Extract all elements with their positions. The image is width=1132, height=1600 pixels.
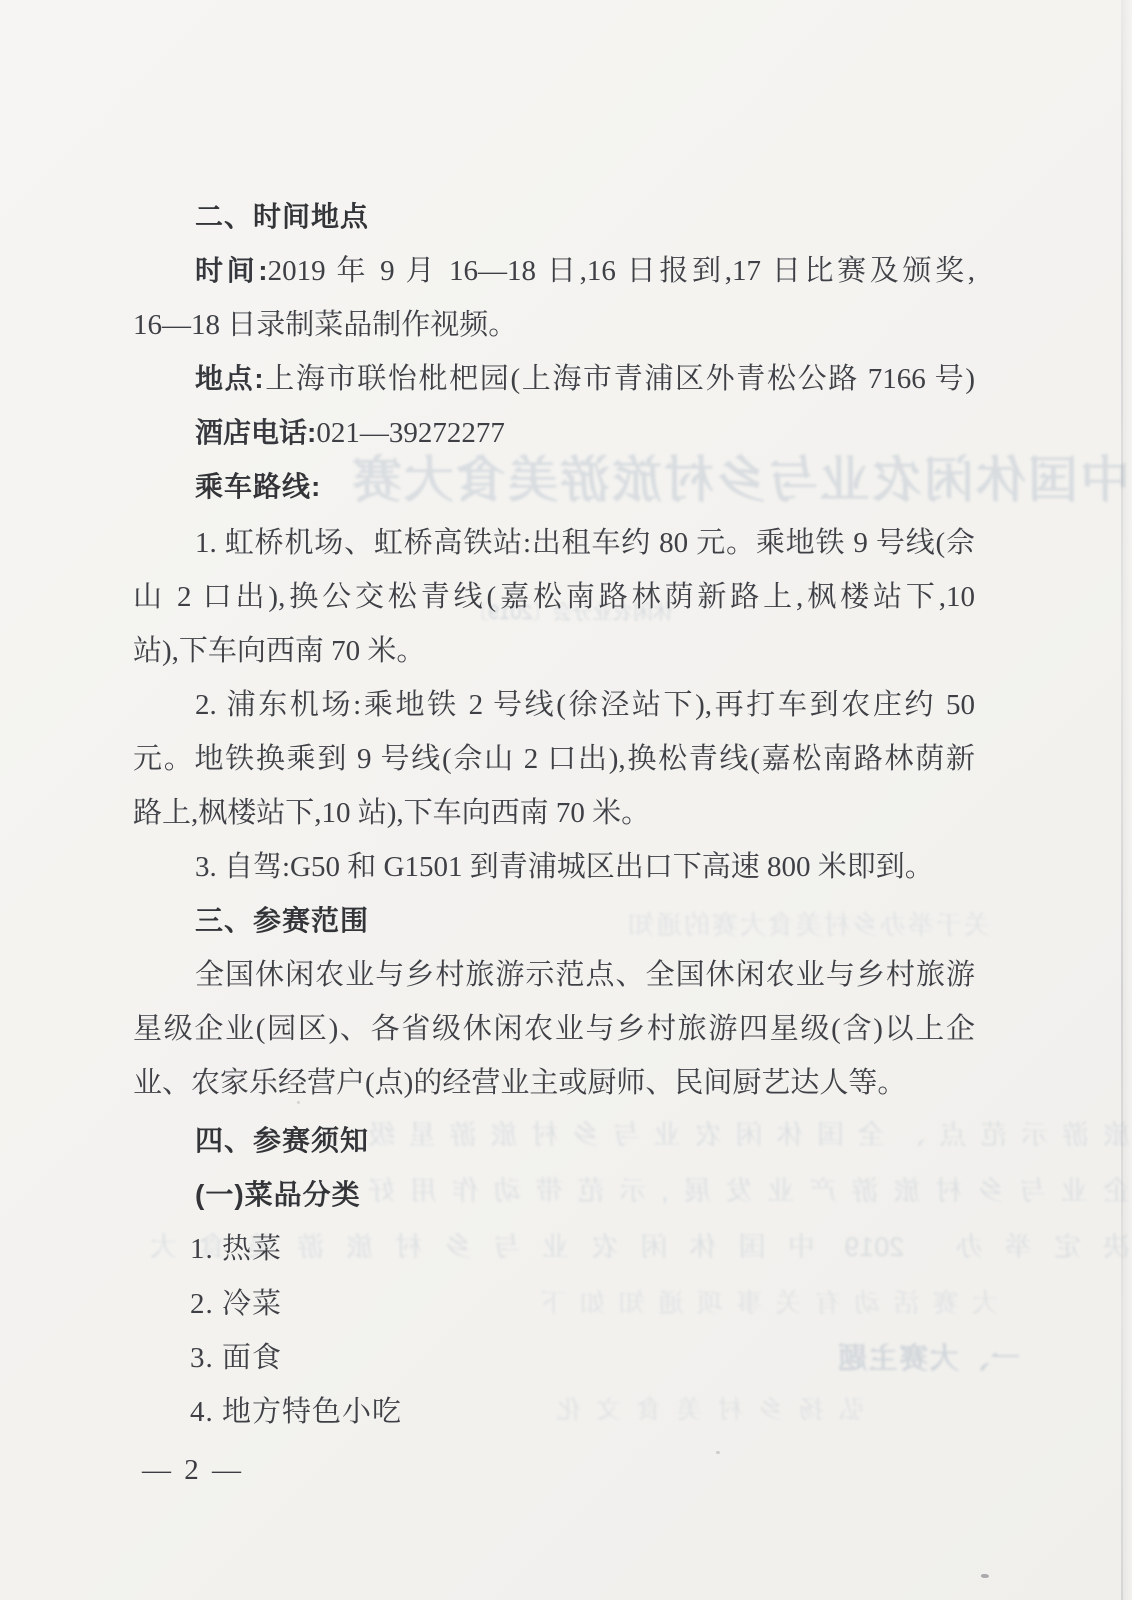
ghost-line-1: 关于举办乡村美食大赛的通知 bbox=[628, 908, 990, 943]
ghost-line-4: 决定举办 2019 中国休闲农业与乡村旅游美食大 bbox=[150, 1230, 1130, 1266]
scan-speck bbox=[981, 1574, 989, 1578]
line-route1-3: 站),下车向西南 70 米。 bbox=[133, 632, 975, 672]
line-scope-2: 星级企业(园区)、各省级休闲农业与乡村旅游四星级(含)以上企 bbox=[133, 1010, 975, 1050]
scan-speck bbox=[716, 1451, 720, 1454]
ghost-line-5: 大赛活动有关事项通知如下 bbox=[540, 1286, 998, 1321]
heading-sub-1: (一)菜品分类 bbox=[195, 1176, 361, 1216]
heading-section-3: 三、参赛范围 bbox=[195, 902, 369, 942]
list-item-1: 1. 热菜 bbox=[190, 1230, 282, 1270]
ghost-title: 中国休闲农业与乡村旅游美食大赛 bbox=[352, 448, 1130, 516]
heading-section-4: 四、参赛须知 bbox=[195, 1122, 369, 1162]
ghost-line-6: 弘扬乡村美食文化 bbox=[556, 1394, 864, 1428]
line-phone: 酒店电话:021—39272277 bbox=[133, 414, 975, 454]
list-item-3: 3. 面食 bbox=[190, 1339, 282, 1379]
page-edge-shadow bbox=[1123, 0, 1132, 1600]
line-time-1-label: 时间: bbox=[195, 255, 268, 286]
ghost-line-2: 旅游示范点、全国休闲农业与乡村旅游星级 bbox=[368, 1118, 1130, 1154]
line-scope-1: 全国休闲农业与乡村旅游示范点、全国休闲农业与乡村旅游 bbox=[133, 956, 975, 996]
line-venue-label: 地点: bbox=[195, 363, 264, 394]
list-item-2: 2. 冷菜 bbox=[190, 1285, 282, 1325]
heading-route: 乘车路线: bbox=[195, 468, 321, 508]
line-route1-2: 山 2 口出),换公交松青线(嘉松南路林荫新路上,枫楼站下,10 bbox=[133, 578, 975, 618]
page-number: — 2 — bbox=[142, 1454, 244, 1487]
ghost-heading: 一、大赛主题 bbox=[838, 1340, 1020, 1379]
line-route2-3: 路上,枫楼站下,10 站),下车向西南 70 米。 bbox=[133, 794, 975, 834]
line-venue: 地点:上海市联怡枇杷园(上海市青浦区外青松公路 7166 号) bbox=[133, 360, 975, 400]
scanned-document-page: 中国休闲农业与乡村旅游美食大赛休闲农业分会〔2019〕11号关于举办乡村美食大赛… bbox=[0, 0, 1132, 1600]
line-route2-2: 元。地铁换乘到 9 号线(佘山 2 口出),换松青线(嘉松南路林荫新 bbox=[133, 740, 975, 780]
ghost-line-3: 企业与乡村旅游产业发展,示范带动作用好 bbox=[368, 1174, 1130, 1210]
line-route2-1: 2. 浦东机场:乘地铁 2 号线(徐泾站下),再打车到农庄约 50 bbox=[133, 686, 975, 726]
line-scope-3: 业、农家乐经营户(点)的经营业主或厨师、民间厨艺达人等。 bbox=[133, 1064, 975, 1104]
heading-section-2: 二、时间地点 bbox=[195, 198, 369, 238]
list-item-4: 4. 地方特色小吃 bbox=[190, 1393, 402, 1433]
line-time-1: 时间:2019 年 9 月 16—18 日,16 日报到,17 日比赛及颁奖, bbox=[133, 252, 975, 292]
line-time-2: 16—18 日录制菜品制作视频。 bbox=[133, 306, 975, 346]
scan-speck bbox=[297, 1101, 300, 1104]
line-route1-1: 1. 虹桥机场、虹桥高铁站:出租车约 80 元。乘地铁 9 号线(佘 bbox=[133, 524, 975, 564]
line-phone-label: 酒店电话: bbox=[195, 417, 316, 448]
line-route3: 3. 自驾:G50 和 G1501 到青浦城区出口下高速 800 米即到。 bbox=[133, 848, 975, 888]
